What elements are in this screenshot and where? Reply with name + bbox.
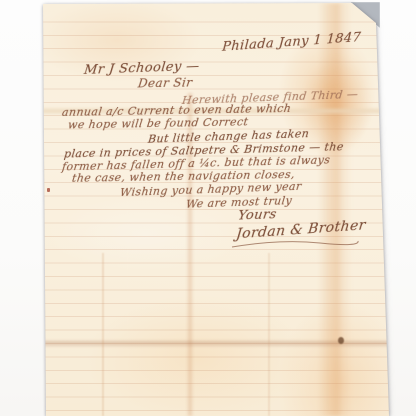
paper-shadow: Philada Jany 1 1847 Mr J Schooley — Dear… bbox=[0, 0, 416, 416]
dark-speck bbox=[338, 337, 344, 344]
letter-paper: Philada Jany 1 1847 Mr J Schooley — Dear… bbox=[40, 3, 390, 416]
faint-ledger-line bbox=[102, 253, 104, 416]
letter-closing-yours: Yours bbox=[237, 207, 278, 223]
scanned-letter-photo: Philada Jany 1 1847 Mr J Schooley — Dear… bbox=[0, 0, 416, 416]
letter-salutation: Dear Sir bbox=[137, 76, 193, 91]
red-speck bbox=[47, 188, 50, 192]
faint-ledger-line bbox=[268, 253, 270, 416]
